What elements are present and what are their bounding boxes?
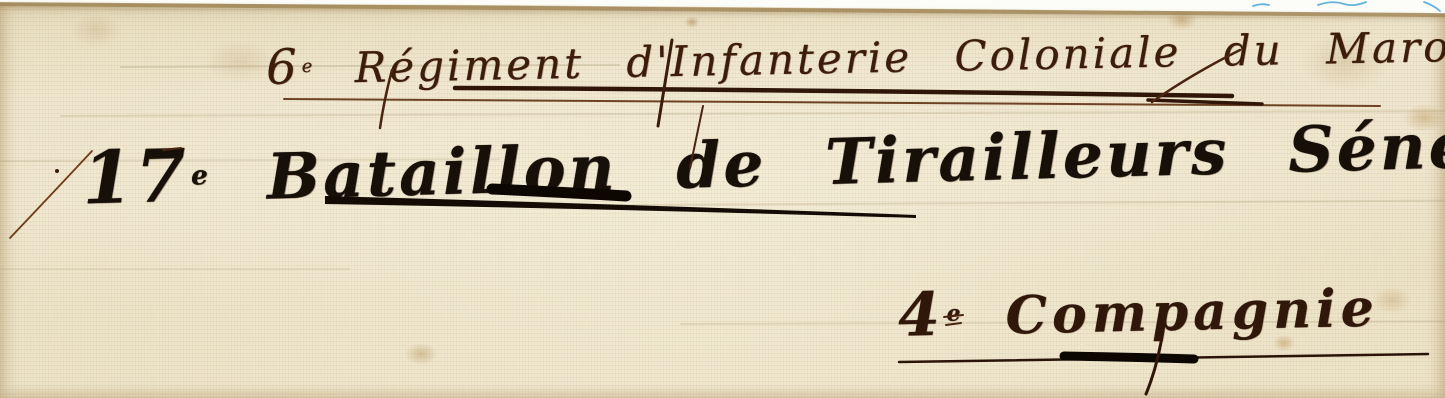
- paper-sheet: 6e Régiment d'Infanterie Coloniale du Ma…: [0, 0, 1445, 398]
- ascender-stroke: [690, 106, 703, 168]
- scanned-document: 6e Régiment d'Infanterie Coloniale du Ma…: [0, 0, 1445, 398]
- blue-pencil-marks: [0, 0, 1445, 20]
- ink-dot: [55, 169, 59, 173]
- blue-pencil-stroke: [1253, 4, 1269, 6]
- underline-cap: [325, 196, 333, 204]
- numeral-flourish: [10, 151, 92, 238]
- ordinal-equals-dash: [944, 315, 963, 317]
- regiment-underline-upper: [455, 88, 1232, 96]
- ordinal-dash: [163, 148, 181, 150]
- ink-strokes-overlay: [0, 0, 1445, 398]
- blue-pencil-stroke: [1318, 2, 1366, 5]
- regiment-underline-dark-segment: [1148, 100, 1262, 104]
- descender-stroke: [658, 40, 672, 126]
- ordinal-equals-dash: [946, 323, 961, 325]
- battalion-underline-heavy: [492, 189, 626, 196]
- company-underline-heavy: [1064, 356, 1194, 359]
- blue-pencil-stroke: [1424, 2, 1440, 11]
